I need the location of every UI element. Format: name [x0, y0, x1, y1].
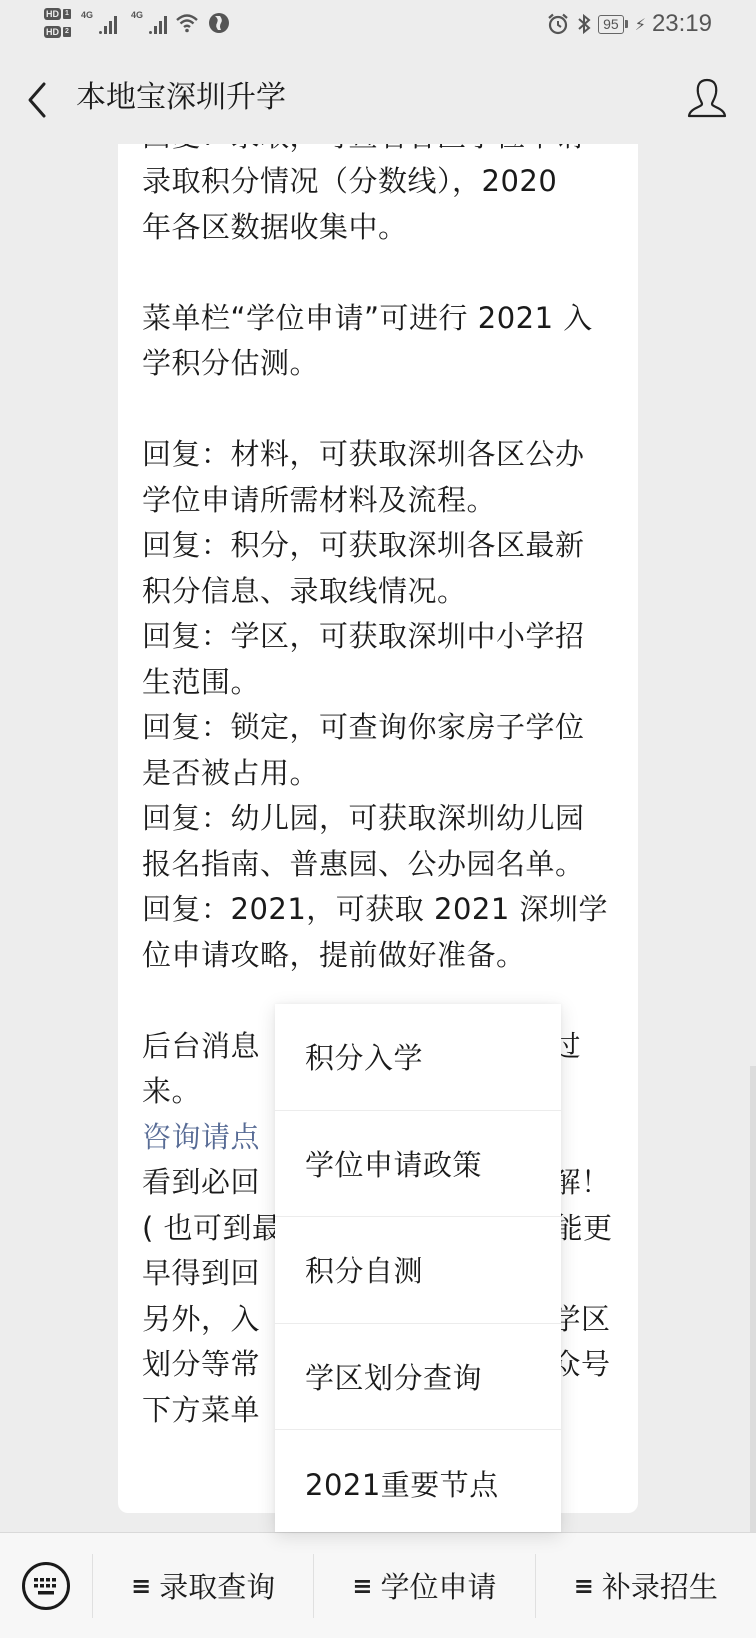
message-line: 是否被占用。	[142, 751, 614, 797]
blank-line	[142, 387, 614, 433]
blank-line	[142, 250, 614, 296]
message-line: 录取积分情况（分数线），2020	[142, 159, 614, 205]
menu-lines-icon: ≡	[352, 1572, 372, 1600]
hd-icon: HD 2	[44, 26, 71, 38]
bluetooth-icon	[576, 12, 592, 36]
submenu-popup: 积分入学 学位申请政策 积分自测 学区划分查询 2021重要节点	[275, 1004, 561, 1532]
network-type: 4G	[81, 10, 93, 20]
keyboard-toggle-button[interactable]	[0, 1533, 92, 1638]
keyboard-icon	[21, 1561, 71, 1611]
menu-lines-icon: ≡	[574, 1572, 594, 1600]
submenu-item-points-admission[interactable]: 积分入学	[275, 1004, 561, 1111]
battery-level: 95	[598, 15, 624, 34]
wifi-icon	[175, 12, 199, 34]
message-line: 回复：学区，可获取深圳中小学招	[142, 614, 614, 660]
menu-label: 录取查询	[159, 1565, 275, 1606]
bottom-menu-bar: ≡ 录取查询 ≡ 学位申请 ≡ 补录招生	[0, 1532, 756, 1638]
hd-label: HD	[44, 26, 61, 38]
message-line: 报名指南、普惠园、公办园名单。	[142, 842, 614, 888]
status-right: 95 ⚡ 23:19	[546, 10, 712, 38]
hd-label: HD	[44, 8, 61, 20]
page-title: 本地宝深圳升学	[76, 76, 286, 120]
message-line: 菜单栏“学位申请”可进行 2021 入	[142, 296, 614, 342]
scrollbar[interactable]	[750, 1066, 756, 1532]
message-line: 年各区数据收集中。	[142, 205, 614, 251]
alarm-icon	[546, 12, 570, 36]
message-line: 位申请攻略，提前做好准备。	[142, 933, 614, 979]
hd-icon: HD 1	[44, 8, 71, 20]
submenu-item-2021-milestones[interactable]: 2021重要节点	[275, 1430, 561, 1537]
network-type: 4G	[131, 10, 143, 20]
submenu-item-points-self-test[interactable]: 积分自测	[275, 1217, 561, 1324]
profile-button[interactable]	[684, 76, 730, 122]
submenu-item-district-lookup[interactable]: 学区划分查询	[275, 1324, 561, 1431]
menu-label: 补录招生	[602, 1565, 718, 1606]
message-line: 回复：锁定，可查询你家房子学位	[142, 705, 614, 751]
back-button[interactable]	[22, 78, 62, 122]
chevron-left-icon	[22, 78, 62, 122]
clock: 23:19	[652, 10, 712, 38]
message-line: 回复：幼儿园，可获取深圳幼儿园	[142, 796, 614, 842]
sim-index: 1	[63, 9, 71, 19]
message-line: 生范围。	[142, 660, 614, 706]
signal-icon: 4G	[81, 12, 117, 34]
message-line: 学位申请所需材料及流程。	[142, 478, 614, 524]
person-icon	[684, 76, 730, 122]
menu-school-application[interactable]: ≡ 学位申请	[314, 1533, 534, 1638]
message-line: 回复：积分，可获取深圳各区最新	[142, 523, 614, 569]
message-line: 回复：材料，可获取深圳各区公办	[142, 432, 614, 478]
signal-icon: 4G	[131, 12, 167, 34]
message-line: 积分信息、录取线情况。	[142, 569, 614, 615]
battery-icon: 95	[598, 15, 628, 34]
status-bar: HD 1 HD 2 4G 4G	[0, 0, 756, 54]
charging-icon: ⚡	[635, 15, 646, 34]
chat-header: 本地宝深圳升学	[0, 54, 756, 144]
menu-admission-query[interactable]: ≡ 录取查询	[93, 1533, 313, 1638]
sim-index: 2	[63, 27, 71, 37]
menu-label: 学位申请	[381, 1565, 497, 1606]
menu-lines-icon: ≡	[131, 1572, 151, 1600]
globe-icon	[207, 12, 231, 34]
message-line: 学积分估测。	[142, 341, 614, 387]
menu-supplementary-enrollment[interactable]: ≡ 补录招生	[536, 1533, 756, 1638]
message-line: 回复：录取，可查看各区学位申请	[142, 144, 614, 159]
submenu-item-application-policy[interactable]: 学位申请政策	[275, 1111, 561, 1218]
hd-indicators: HD 1 HD 2	[44, 8, 71, 38]
status-left: HD 1 HD 2 4G 4G	[44, 8, 231, 38]
message-line: 回复：2021，可获取 2021 深圳学	[142, 887, 614, 933]
